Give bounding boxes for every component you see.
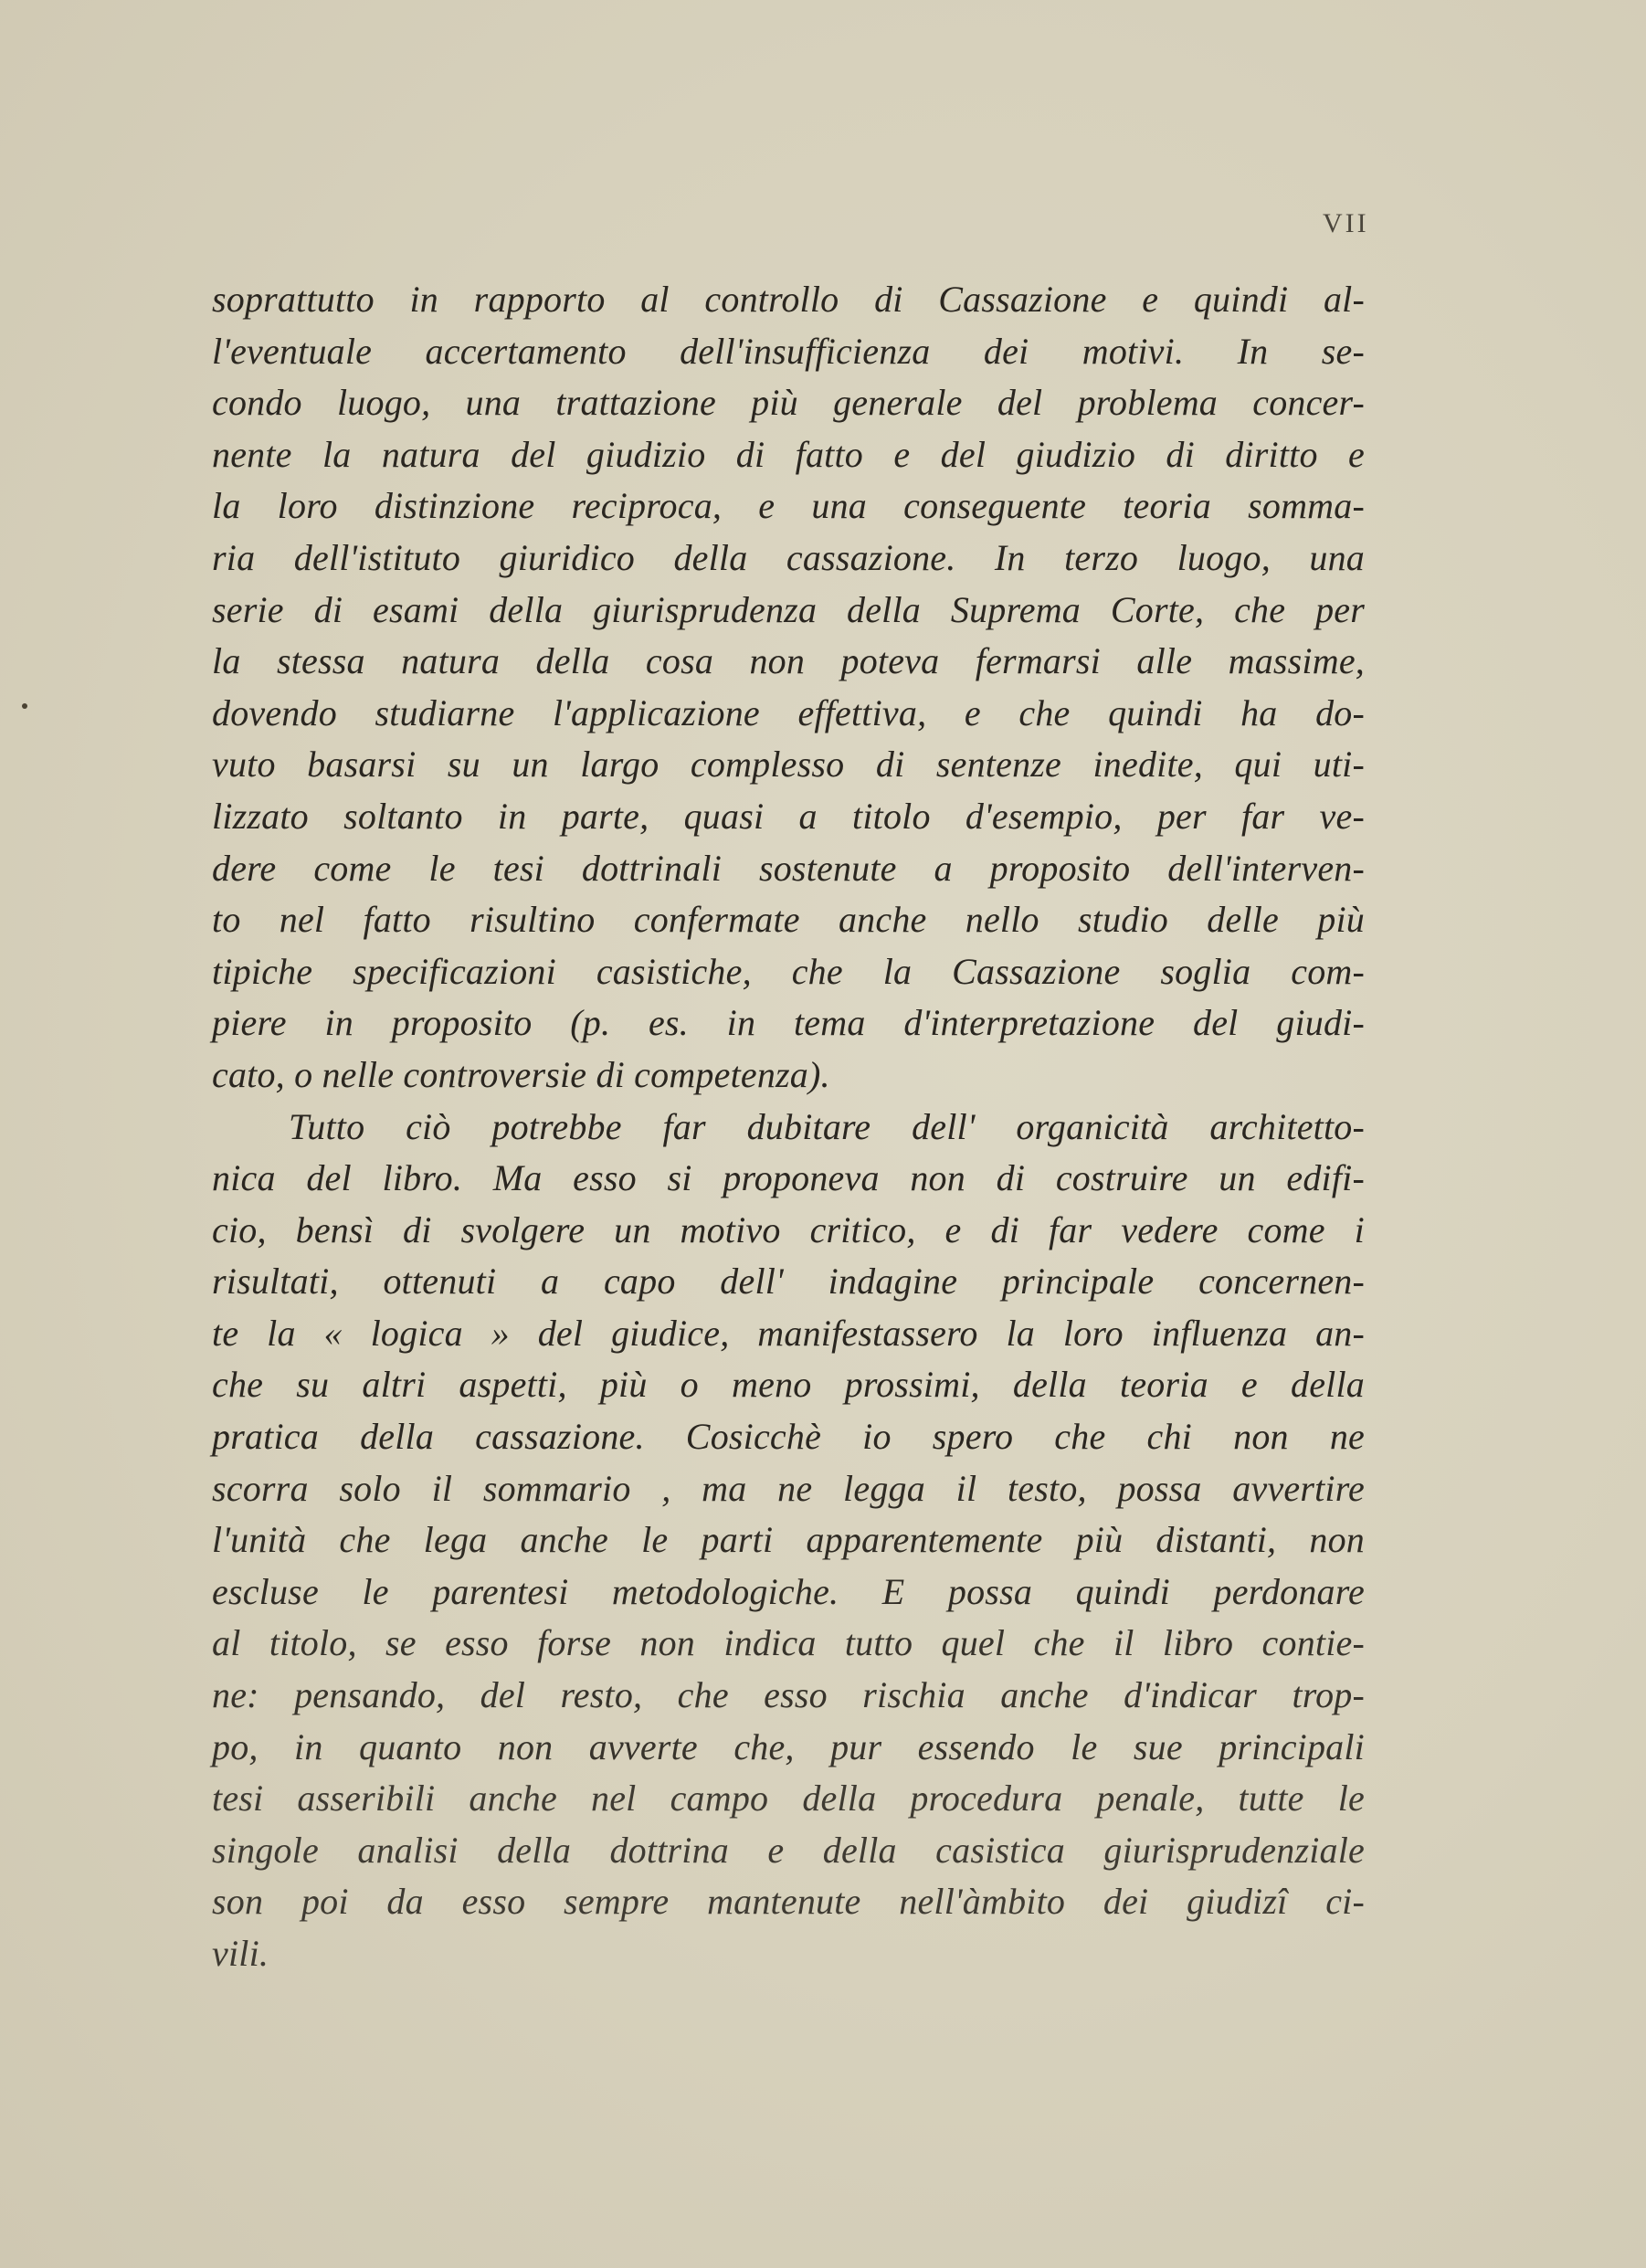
paper-speck bbox=[22, 703, 27, 709]
paragraph-1: soprattutto in rapporto al controllo di … bbox=[212, 274, 1365, 1102]
paragraph-2: Tutto ciò potrebbe far dubitare dell' or… bbox=[212, 1102, 1365, 1980]
text-line: risultati, ottenuti a capo dell' indagin… bbox=[212, 1256, 1365, 1308]
text-line: dere come le tesi dottrinali sostenute a… bbox=[212, 843, 1365, 895]
body-text: soprattutto in rapporto al controllo di … bbox=[212, 274, 1365, 1980]
text-line: cato, o nelle controversie di competenza… bbox=[212, 1050, 1365, 1102]
text-line: to nel fatto risultino confermate anche … bbox=[212, 894, 1365, 946]
text-line: la stessa natura della cosa non poteva f… bbox=[212, 636, 1365, 688]
text-line: nica del libro. Ma esso si proponeva non… bbox=[212, 1153, 1365, 1205]
text-line: escluse le parentesi metodologiche. E po… bbox=[212, 1567, 1365, 1619]
text-line: piere in proposito (p. es. in tema d'int… bbox=[212, 997, 1365, 1050]
text-line: condo luogo, una trattazione più general… bbox=[212, 377, 1365, 429]
text-line: ne: pensando, del resto, che esso rischi… bbox=[212, 1670, 1365, 1722]
text-line: serie di esami della giurisprudenza dell… bbox=[212, 585, 1365, 637]
text-line: vuto basarsi su un largo complesso di se… bbox=[212, 739, 1365, 791]
text-line: nente la natura del giudizio di fatto e … bbox=[212, 429, 1365, 481]
text-line: scorra solo il sommario , ma ne legga il… bbox=[212, 1463, 1365, 1515]
text-line: l'unità che lega anche le parti apparent… bbox=[212, 1514, 1365, 1567]
text-line: lizzato soltanto in parte, quasi a titol… bbox=[212, 791, 1365, 843]
text-line: tipiche specificazioni casistiche, che l… bbox=[212, 946, 1365, 998]
text-line: te la « logica » del giudice, manifestas… bbox=[212, 1308, 1365, 1360]
text-line: tesi asseribili anche nel campo della pr… bbox=[212, 1773, 1365, 1825]
text-line: vili. bbox=[212, 1928, 1365, 1980]
text-line: pratica della cassazione. Cosicchè io sp… bbox=[212, 1411, 1365, 1463]
text-line: l'eventuale accertamento dell'insufficie… bbox=[212, 326, 1365, 378]
page-number: VII bbox=[1323, 208, 1369, 239]
text-line: singole analisi della dottrina e della c… bbox=[212, 1825, 1365, 1877]
text-line: Tutto ciò potrebbe far dubitare dell' or… bbox=[212, 1102, 1365, 1154]
text-line: dovendo studiarne l'applicazione effetti… bbox=[212, 688, 1365, 740]
text-line: son poi da esso sempre mantenute nell'àm… bbox=[212, 1876, 1365, 1928]
text-line: cio, bensì di svolgere un motivo critico… bbox=[212, 1205, 1365, 1257]
text-line: soprattutto in rapporto al controllo di … bbox=[212, 274, 1365, 326]
text-line: la loro distinzione reciproca, e una con… bbox=[212, 480, 1365, 533]
text-line: ria dell'istituto giuridico della cassaz… bbox=[212, 533, 1365, 585]
text-line: al titolo, se esso forse non indica tutt… bbox=[212, 1618, 1365, 1670]
text-line: po, in quanto non avverte che, pur essen… bbox=[212, 1722, 1365, 1774]
text-line: che su altri aspetti, più o meno prossim… bbox=[212, 1359, 1365, 1411]
